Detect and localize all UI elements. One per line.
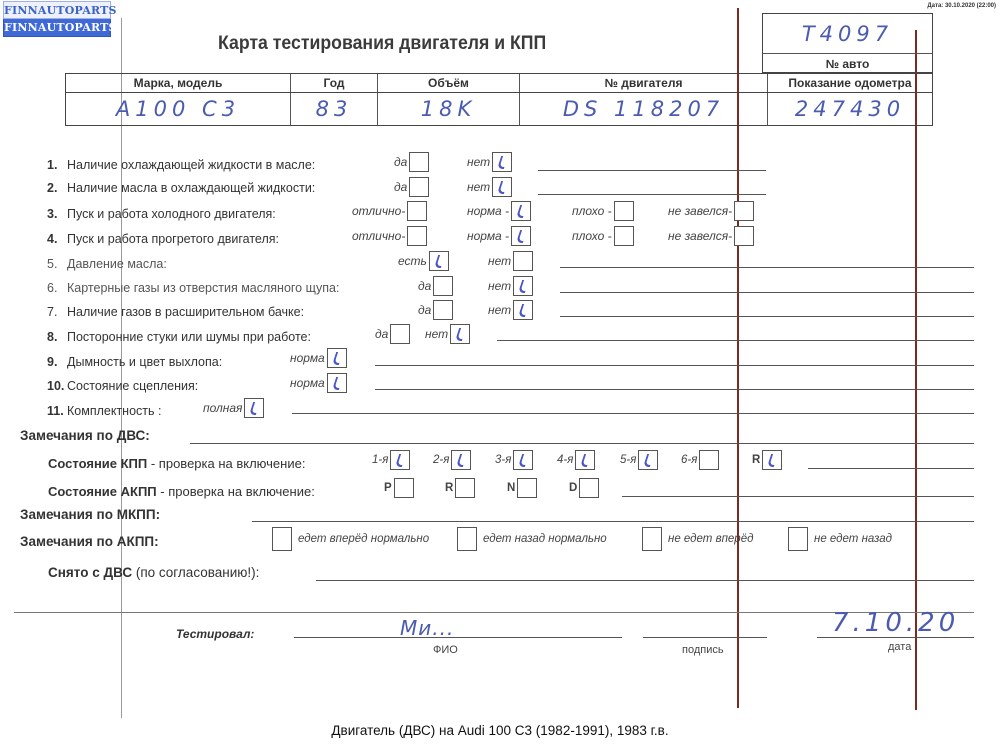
question-4: 4.Пуск и работа прогретого двигателя: (47, 232, 279, 246)
gear-label: 2-я (433, 454, 449, 466)
question-8: 8.Посторонние стуки или шумы при работе: (47, 330, 311, 344)
remark-line-5[interactable] (560, 267, 974, 268)
page-title: Карта тестирования двигателя и КПП (218, 33, 546, 55)
volume-value[interactable]: 18K (421, 97, 477, 121)
kpp-gear-5[interactable]: 5-я (620, 450, 658, 470)
column-header: Показание одометра (768, 74, 932, 92)
remarks-mkpp-label: Замечания по МКПП: (20, 507, 160, 522)
checkbox[interactable] (394, 478, 414, 498)
signature-caption: подпись (682, 644, 724, 656)
checkbox-checked[interactable] (450, 324, 470, 344)
checkbox[interactable] (455, 478, 475, 498)
option-label: нет (467, 155, 490, 169)
gear-label: 6-я (681, 454, 697, 466)
question-5: 5.Давление масла: (47, 257, 167, 271)
kpp-gear-1[interactable]: 1-я (372, 450, 410, 470)
checkbox-checked[interactable] (492, 177, 512, 197)
gear-label: 1-я (372, 454, 388, 466)
checkbox[interactable] (407, 201, 427, 221)
checkbox[interactable] (409, 152, 429, 172)
option-label: нет (425, 327, 448, 341)
option-label: нет (488, 303, 511, 317)
checkbox[interactable] (390, 324, 410, 344)
option-q7-1[interactable]: да (418, 300, 453, 320)
position-label: P (384, 482, 392, 494)
option-q2-2[interactable]: нет (467, 177, 512, 197)
option-label: да (394, 155, 407, 169)
question-10: 10.Состояние сцепления: (47, 379, 198, 393)
option-label: не завелся- (668, 229, 732, 243)
checkbox-checked[interactable] (390, 450, 410, 470)
date-field[interactable] (817, 637, 974, 638)
question-9: 9.Дымность и цвет выхлопа: (47, 355, 222, 369)
checkbox-checked[interactable] (511, 226, 531, 246)
vehicle-number-value: T4097 (802, 22, 893, 46)
checkbox[interactable] (734, 201, 754, 221)
option-label: да (418, 303, 431, 317)
tested-by-label: Тестировал: (176, 627, 254, 641)
option-label: не завелся- (668, 204, 732, 218)
question-2: 2.Наличие масла в охлаждающей жидкости: (47, 181, 315, 195)
position-label: R (445, 482, 453, 494)
column-header: Объём (378, 74, 520, 92)
option-label: плохо - (572, 229, 612, 243)
vehicle-number-label: № авто (763, 54, 932, 73)
option-label: да (375, 327, 388, 341)
option-label: норма (290, 351, 325, 365)
year-value[interactable]: 83 (316, 97, 353, 121)
remark-line-7[interactable] (560, 316, 974, 317)
question-11: 11.Комплектность : (47, 404, 161, 418)
vehicle-number-box: T4097 № авто (762, 13, 933, 73)
remarks-mkpp-field[interactable] (252, 521, 974, 522)
akpp-position-4[interactable]: D (569, 478, 599, 498)
date-stamp: Дата: 30.10.2020 (22:00) (927, 3, 996, 9)
option-q4-2[interactable]: норма - (467, 226, 531, 246)
option-q3-4[interactable]: не завелся- (668, 201, 754, 221)
make-model-value[interactable]: A100 C3 (116, 97, 240, 121)
checkbox[interactable] (513, 251, 533, 271)
column-header: № двигателя (520, 74, 768, 92)
position-label: D (569, 482, 577, 494)
option-label: есть (398, 254, 427, 268)
remark-line-9[interactable] (375, 365, 974, 366)
gear-label: 4-я (557, 454, 573, 466)
position-label: N (507, 482, 515, 494)
gear-label: 5-я (620, 454, 636, 466)
kpp-check-label: Состояние КПП - проверка на включение: (48, 456, 305, 471)
kpp-gear-3[interactable]: 3-я (495, 450, 533, 470)
column-header: Год (291, 74, 378, 92)
checkbox-checked[interactable] (429, 251, 449, 271)
image-caption: Двигатель (ДВС) на Audi 100 C3 (1982-199… (0, 723, 1000, 738)
kpp-gear-4[interactable]: 4-я (557, 450, 595, 470)
option-q9-1[interactable]: норма (290, 348, 347, 368)
removed-from-engine-field[interactable] (316, 580, 974, 581)
checkbox[interactable] (734, 226, 754, 246)
option-q4-3[interactable]: плохо - (572, 226, 634, 246)
vehicle-info-table: Марка, модель Год Объём № двигателя Пока… (65, 73, 933, 126)
checkbox[interactable] (433, 300, 453, 320)
remark-line-2[interactable] (538, 194, 766, 195)
kpp-gear-6[interactable]: 6-я (681, 450, 719, 470)
name-caption: ФИО (433, 644, 458, 656)
gear-label: 3-я (495, 454, 511, 466)
option-label: плохо - (572, 204, 612, 218)
checkbox-checked[interactable] (327, 348, 347, 368)
checkbox-checked[interactable] (762, 450, 782, 470)
checkbox-checked[interactable] (511, 201, 531, 221)
option-label: норма - (467, 229, 509, 243)
option-q4-4[interactable]: не завелся- (668, 226, 754, 246)
checkbox[interactable] (409, 177, 429, 197)
option-q8-2[interactable]: нет (425, 324, 470, 344)
akpp-option-backward-ok[interactable]: едет назад нормально (457, 527, 607, 551)
checkbox[interactable] (457, 527, 477, 551)
question-3: 3.Пуск и работа холодного двигателя: (47, 207, 276, 221)
akpp-option-no-backward[interactable]: не едет назад (788, 527, 892, 551)
option-q3-1[interactable]: отлично- (352, 201, 427, 221)
option-label: нет (467, 180, 490, 194)
signature-field[interactable] (643, 637, 767, 638)
option-q6-1[interactable]: да (418, 276, 453, 296)
remarks-akpp-label: Замечания по АКПП: (20, 534, 159, 549)
akpp-remark-line[interactable] (622, 496, 974, 497)
akpp-option-no-forward[interactable]: не едет вперёд (642, 527, 753, 551)
checkbox[interactable] (614, 226, 634, 246)
option-label: норма (290, 376, 325, 390)
odometer-value[interactable]: 247430 (795, 97, 905, 121)
checkbox[interactable] (699, 450, 719, 470)
option-label: отлично- (352, 229, 405, 243)
option-q3-3[interactable]: плохо - (572, 201, 634, 221)
option-q5-1[interactable]: есть (398, 251, 449, 271)
option-label: отлично- (352, 204, 405, 218)
date-caption: дата (888, 641, 911, 653)
checkbox-checked[interactable] (513, 300, 533, 320)
remark-line-1[interactable] (538, 170, 766, 171)
option-q11-1[interactable]: полная (203, 398, 264, 418)
option-label: да (418, 279, 431, 293)
option-label: да (394, 180, 407, 194)
watermark-line-2: FINNAUTOPARTS (3, 19, 111, 37)
date-value[interactable]: 7.10.20 (832, 608, 959, 638)
option-q6-2[interactable]: нет (488, 276, 533, 296)
question-1: 1.Наличие охлаждающей жидкости в масле: (47, 158, 315, 172)
column-header: Марка, модель (66, 74, 291, 92)
remark-line-6[interactable] (560, 292, 974, 293)
option-q10-1[interactable]: норма (290, 373, 347, 393)
gear-label: R (752, 454, 760, 466)
checkbox-checked[interactable] (513, 276, 533, 296)
question-6: 6.Картерные газы из отверстия масляного … (47, 281, 339, 295)
option-label: нет (488, 279, 511, 293)
remarks-engine-field[interactable] (190, 443, 974, 444)
akpp-position-3[interactable]: N (507, 478, 537, 498)
tester-name-field[interactable] (294, 637, 622, 638)
checkbox-checked[interactable] (327, 373, 347, 393)
checkbox-checked[interactable] (575, 450, 595, 470)
removed-from-engine-label: Снято с ДВС (по согласованию!): (48, 565, 259, 580)
akpp-option-forward-ok[interactable]: едет вперёд нормально (272, 527, 429, 551)
checkbox[interactable] (517, 478, 537, 498)
checkbox-checked[interactable] (513, 450, 533, 470)
question-7: 7.Наличие газов в расширительном бачке: (47, 305, 304, 319)
checkbox[interactable] (642, 527, 662, 551)
watermark-line-1: FINNAUTOPARTS (3, 1, 111, 19)
checkbox[interactable] (579, 478, 599, 498)
option-q1-2[interactable]: нет (467, 152, 512, 172)
option-q2-1[interactable]: да (394, 177, 429, 197)
option-q1-1[interactable]: да (394, 152, 429, 172)
option-label: полная (203, 401, 242, 415)
checkbox[interactable] (272, 527, 292, 551)
option-q3-2[interactable]: норма - (467, 201, 531, 221)
checkbox[interactable] (407, 226, 427, 246)
engine-number-value[interactable]: DS 118207 (563, 97, 724, 121)
option-q4-1[interactable]: отлично- (352, 226, 427, 246)
remarks-engine-label: Замечания по ДВС: (20, 428, 150, 443)
remark-line-8[interactable] (497, 340, 974, 341)
akpp-position-1[interactable]: P (384, 478, 414, 498)
option-label: норма - (467, 204, 509, 218)
option-label: нет (488, 254, 511, 268)
option-q7-2[interactable]: нет (488, 300, 533, 320)
option-q8-1[interactable]: да (375, 324, 410, 344)
kpp-gear-2[interactable]: 2-я (433, 450, 471, 470)
remark-line-10[interactable] (375, 389, 974, 390)
akpp-position-2[interactable]: R (445, 478, 475, 498)
checkbox[interactable] (433, 276, 453, 296)
checkbox-checked[interactable] (638, 450, 658, 470)
option-q5-2[interactable]: нет (488, 251, 533, 271)
kpp-remark-line[interactable] (808, 468, 974, 469)
akpp-check-label: Состояние АКПП - проверка на включение: (48, 484, 315, 499)
checkbox[interactable] (614, 201, 634, 221)
checkbox-checked[interactable] (451, 450, 471, 470)
watermark-logo: FINNAUTOPARTS FINNAUTOPARTS (3, 1, 111, 37)
checkbox-checked[interactable] (244, 398, 264, 418)
checkbox-checked[interactable] (492, 152, 512, 172)
remark-line-11[interactable] (292, 413, 974, 414)
checkbox[interactable] (788, 527, 808, 551)
kpp-gear-7[interactable]: R (752, 450, 782, 470)
section-divider (14, 612, 974, 613)
